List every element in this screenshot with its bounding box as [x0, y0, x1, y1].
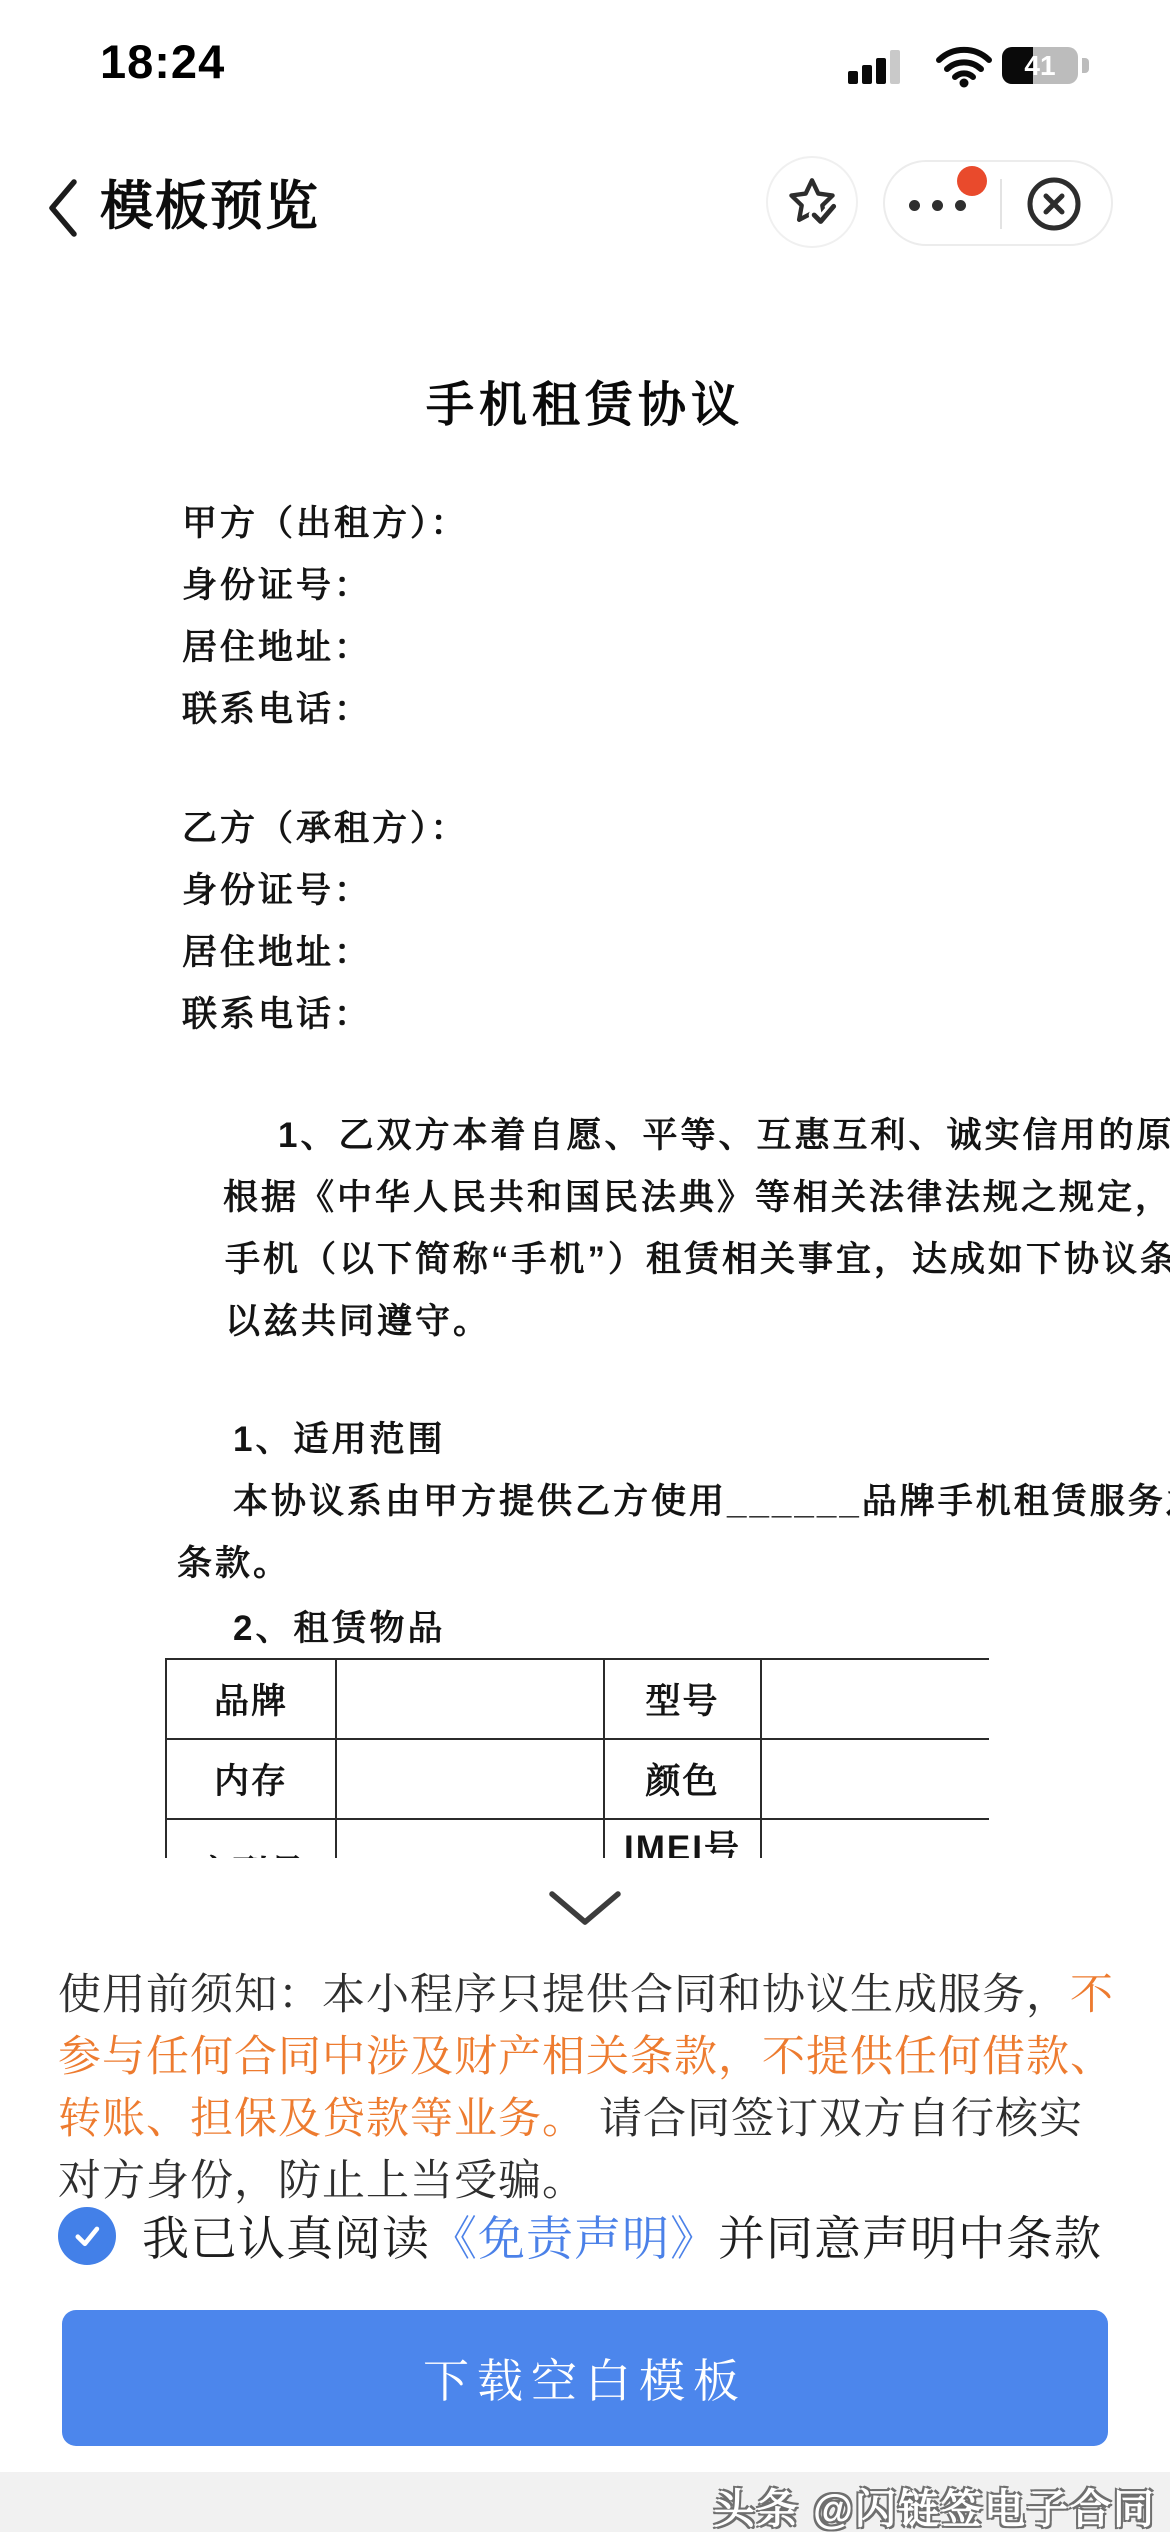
notice-black-1: 使用前须知：本小程序只提供合同和协议生成服务，	[58, 1971, 1070, 2019]
disclaimer-agreement-row: 我已认真阅读《免责声明》并同意声明中条款	[58, 2202, 1102, 2269]
chevron-down-icon	[547, 1888, 623, 1932]
party-b-id: 身份证号：	[182, 863, 372, 913]
back-button[interactable]	[46, 176, 80, 245]
table-cell	[761, 1659, 989, 1739]
party-b-phone: 联系电话：	[182, 987, 372, 1037]
close-button[interactable]	[1024, 174, 1084, 239]
table-cell	[761, 1739, 989, 1819]
table-cell: 内存	[166, 1739, 336, 1819]
section-1-line: 本协议系由甲方提供乙方使用______品牌手机租赁服务之相关	[233, 1474, 1170, 1524]
disclaimer-checkbox[interactable]	[58, 2207, 116, 2265]
dot	[955, 200, 966, 211]
party-b-label: 乙方（承租方）：	[182, 801, 469, 851]
party-a-phone: 联系电话：	[182, 682, 372, 732]
disclaimer-link[interactable]: 《免责声明》	[430, 2212, 718, 2265]
table-row: 序列号 IMEI号码	[166, 1819, 989, 1858]
wifi-icon	[936, 46, 992, 93]
section-2-heading: 2、租赁物品	[233, 1601, 445, 1651]
preamble-line: 以兹共同遵守。	[225, 1294, 491, 1344]
battery-percent: 41	[1002, 47, 1078, 84]
table-cell	[761, 1819, 989, 1858]
capsule-divider	[1000, 179, 1002, 229]
section-1-line: 条款。	[177, 1536, 291, 1586]
battery-icon: 41	[1002, 47, 1078, 84]
agreement-suffix: 并同意声明中条款	[718, 2212, 1102, 2265]
close-circle-icon	[1024, 174, 1084, 234]
table-cell	[336, 1819, 604, 1858]
download-template-button[interactable]: 下载空白模板	[62, 2310, 1108, 2446]
preamble-line: 1、乙双方本着自愿、平等、互惠互利、诚实信用的原则，	[278, 1108, 1170, 1158]
dot	[932, 200, 943, 211]
dot	[909, 200, 920, 211]
back-chevron-icon	[46, 176, 80, 240]
party-b-address: 居住地址：	[182, 925, 372, 975]
table-row: 品牌 型号	[166, 1659, 989, 1739]
preamble-line: 手机（以下简称“手机”）租赁相关事宜，达成如下协议条款，	[225, 1232, 1170, 1282]
cellular-signal-icon	[848, 48, 910, 91]
notification-red-dot	[957, 166, 987, 196]
rental-item-table: 品牌 型号 内存 颜色 序列号 IMEI号码	[165, 1658, 989, 1858]
party-a-label: 甲方（出租方）：	[182, 496, 469, 546]
template-preview-screen: 18:24 41 模板预览	[0, 0, 1170, 2532]
table-row: 内存 颜色	[166, 1739, 989, 1819]
battery-nub	[1082, 58, 1089, 73]
agreement-prefix: 我已认真阅读	[142, 2212, 430, 2265]
status-time: 18:24	[100, 34, 225, 89]
party-a-id: 身份证号：	[182, 558, 372, 608]
preamble-line: 根据《中华人民共和国民法典》等相关法律法规之规定，就____	[223, 1170, 1170, 1220]
table-cell	[336, 1739, 604, 1819]
page-title: 模板预览	[100, 164, 320, 240]
favorite-button[interactable]	[766, 156, 858, 248]
expand-preview-button[interactable]	[547, 1888, 623, 1937]
table-cell: 颜色	[604, 1739, 761, 1819]
checkmark-icon	[70, 2219, 104, 2253]
table-cell	[336, 1659, 604, 1739]
party-a-address: 居住地址：	[182, 620, 372, 670]
more-button[interactable]	[909, 200, 966, 211]
table-cell: 型号	[604, 1659, 761, 1739]
usage-notice: 使用前须知：本小程序只提供合同和协议生成服务，不参与任何合同中涉及财产相关条款，…	[58, 1964, 1116, 2212]
star-check-icon	[786, 176, 838, 228]
table-cell: IMEI号码	[604, 1819, 761, 1858]
table-cell: 品牌	[166, 1659, 336, 1739]
watermark-text: 头条 @闪链签电子合同	[714, 2476, 1156, 2532]
contract-title: 手机租赁协议	[0, 366, 1170, 435]
miniprogram-capsule	[883, 160, 1113, 246]
section-1-heading: 1、适用范围	[233, 1412, 445, 1462]
table-cell: 序列号	[166, 1819, 336, 1858]
